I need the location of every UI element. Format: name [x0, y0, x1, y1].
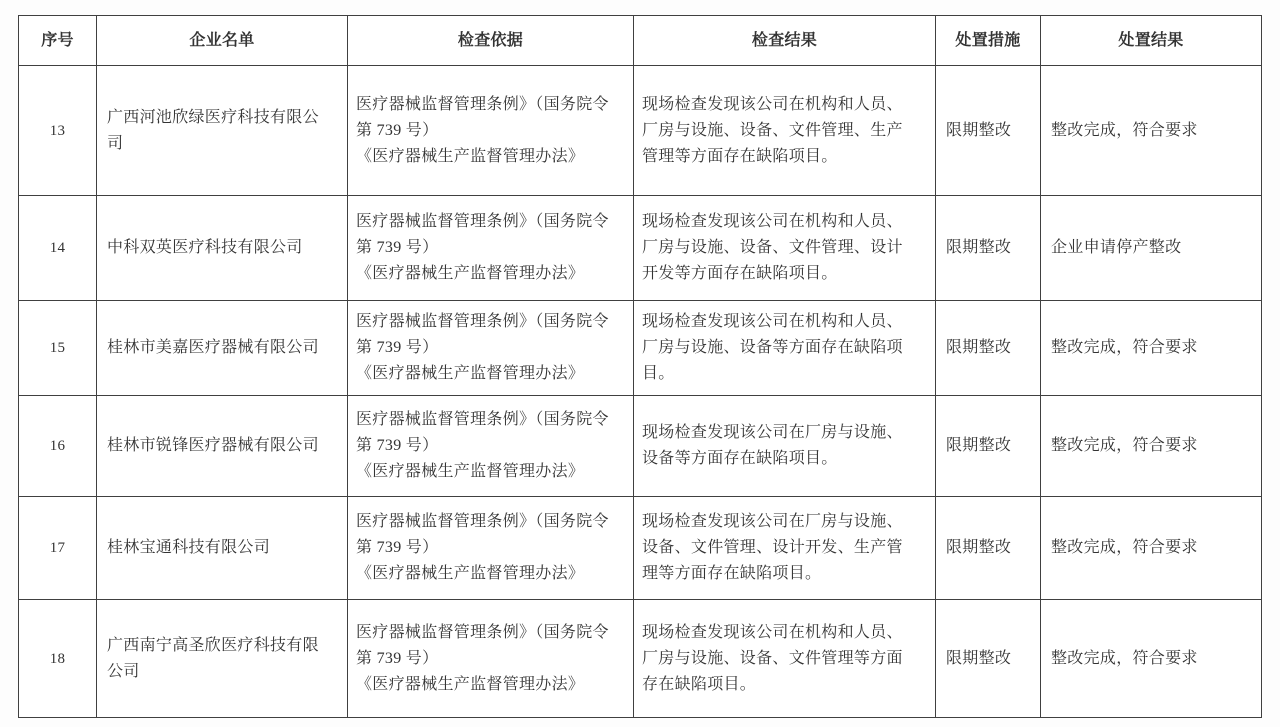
result-cell: 现场检查发现该公司在机构和人员、 厂房与设施、设备、文件管理等方面 存在缺陷项目… [634, 600, 936, 718]
basis-cell: 医疗器械监督管理条例》（国务院令 第 739 号） 《医疗器械生产监督管理办法》 [348, 600, 634, 718]
result-cell: 现场检查发现该公司在机构和人员、 厂房与设施、设备、文件管理、设计 开发等方面存… [634, 196, 936, 301]
table-row: 16 桂林市锐锋医疗器械有限公司 医疗器械监督管理条例》（国务院令 第 739 … [19, 396, 1262, 497]
serial-cell: 16 [19, 396, 97, 497]
result-cell: 现场检查发现该公司在厂房与设施、 设备、文件管理、设计开发、生产管 理等方面存在… [634, 497, 936, 600]
table-row: 15 桂林市美嘉医疗器械有限公司 医疗器械监督管理条例》（国务院令 第 739 … [19, 301, 1262, 396]
inspection-results-table: 序号 企业名单 检查依据 检查结果 处置措施 处置结果 13 广西河池欣绿医疗科… [18, 15, 1262, 718]
header-company: 企业名单 [97, 16, 348, 66]
basis-cell: 医疗器械监督管理条例》（国务院令 第 739 号） 《医疗器械生产监督管理办法》 [348, 196, 634, 301]
measure-cell: 限期整改 [936, 196, 1041, 301]
company-cell: 中科双英医疗科技有限公司 [97, 196, 348, 301]
measure-cell: 限期整改 [936, 600, 1041, 718]
company-cell: 桂林市美嘉医疗器械有限公司 [97, 301, 348, 396]
header-serial: 序号 [19, 16, 97, 66]
result-cell: 现场检查发现该公司在厂房与设施、 设备等方面存在缺陷项目。 [634, 396, 936, 497]
table-row: 17 桂林宝通科技有限公司 医疗器械监督管理条例》（国务院令 第 739 号） … [19, 497, 1262, 600]
header-result: 检查结果 [634, 16, 936, 66]
serial-cell: 18 [19, 600, 97, 718]
basis-cell: 医疗器械监督管理条例》（国务院令 第 739 号） 《医疗器械生产监督管理办法》 [348, 396, 634, 497]
table-row: 14 中科双英医疗科技有限公司 医疗器械监督管理条例》（国务院令 第 739 号… [19, 196, 1262, 301]
result-cell: 现场检查发现该公司在机构和人员、 厂房与设施、设备等方面存在缺陷项 目。 [634, 301, 936, 396]
basis-cell: 医疗器械监督管理条例》（国务院令 第 739 号） 《医疗器械生产监督管理办法》 [348, 497, 634, 600]
serial-cell: 14 [19, 196, 97, 301]
header-basis: 检查依据 [348, 16, 634, 66]
measure-cell: 限期整改 [936, 497, 1041, 600]
serial-cell: 17 [19, 497, 97, 600]
outcome-cell: 企业申请停产整改 [1041, 196, 1262, 301]
company-cell: 广西南宁高圣欣医疗科技有限 公司 [97, 600, 348, 718]
header-outcome: 处置结果 [1041, 16, 1262, 66]
outcome-cell: 整改完成，符合要求 [1041, 396, 1262, 497]
outcome-cell: 整改完成，符合要求 [1041, 497, 1262, 600]
company-cell: 广西河池欣绿医疗科技有限公 司 [97, 66, 348, 196]
table-header-row: 序号 企业名单 检查依据 检查结果 处置措施 处置结果 [19, 16, 1262, 66]
outcome-cell: 整改完成，符合要求 [1041, 301, 1262, 396]
serial-cell: 15 [19, 301, 97, 396]
outcome-cell: 整改完成，符合要求 [1041, 66, 1262, 196]
measure-cell: 限期整改 [936, 396, 1041, 497]
basis-cell: 医疗器械监督管理条例》（国务院令 第 739 号） 《医疗器械生产监督管理办法》 [348, 301, 634, 396]
outcome-cell: 整改完成，符合要求 [1041, 600, 1262, 718]
basis-cell: 医疗器械监督管理条例》（国务院令 第 739 号） 《医疗器械生产监督管理办法》 [348, 66, 634, 196]
measure-cell: 限期整改 [936, 301, 1041, 396]
header-measure: 处置措施 [936, 16, 1041, 66]
measure-cell: 限期整改 [936, 66, 1041, 196]
table-row: 13 广西河池欣绿医疗科技有限公 司 医疗器械监督管理条例》（国务院令 第 73… [19, 66, 1262, 196]
result-cell: 现场检查发现该公司在机构和人员、 厂房与设施、设备、文件管理、生产 管理等方面存… [634, 66, 936, 196]
table-row: 18 广西南宁高圣欣医疗科技有限 公司 医疗器械监督管理条例》（国务院令 第 7… [19, 600, 1262, 718]
serial-cell: 13 [19, 66, 97, 196]
company-cell: 桂林宝通科技有限公司 [97, 497, 348, 600]
company-cell: 桂林市锐锋医疗器械有限公司 [97, 396, 348, 497]
